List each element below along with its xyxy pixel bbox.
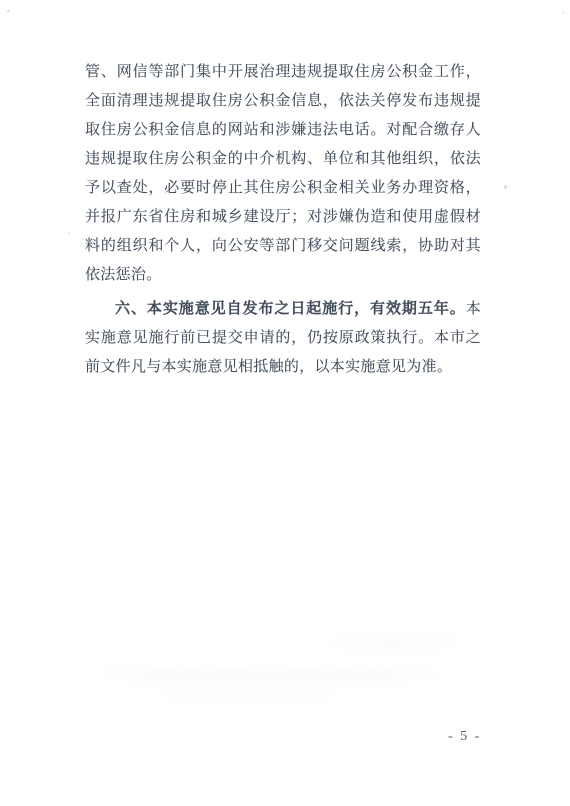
paragraph: 六、本实施意见自发布之日起施行，有效期五年。本实施意见施行前已提交申请的，仍按原… (85, 295, 481, 382)
paragraph-text: 管、网信等部门集中开展治理违规提取住房公积金工作，全面清理违规提取住房公积金信息… (85, 64, 481, 283)
scan-smudge (100, 668, 440, 680)
scan-smudge (160, 690, 340, 698)
scan-smudge (330, 638, 460, 648)
page-number: - 5 - (448, 729, 481, 745)
scan-speck (562, 12, 564, 14)
bold-clause-text: 六、本实施意见自发布之日起施行，有效期五年。 (115, 301, 466, 317)
paragraph: 管、网信等部门集中开展治理违规提取住房公积金工作，全面清理违规提取住房公积金信息… (85, 58, 481, 290)
document-body: 管、网信等部门集中开展治理违规提取住房公积金工作，全面清理违规提取住房公积金信息… (85, 58, 481, 382)
scan-speck (503, 185, 508, 190)
document-page: 管、网信等部门集中开展治理违规提取住房公积金工作，全面清理违规提取住房公积金信息… (0, 0, 570, 806)
scan-speck (68, 232, 70, 234)
scan-speck (7, 10, 10, 12)
